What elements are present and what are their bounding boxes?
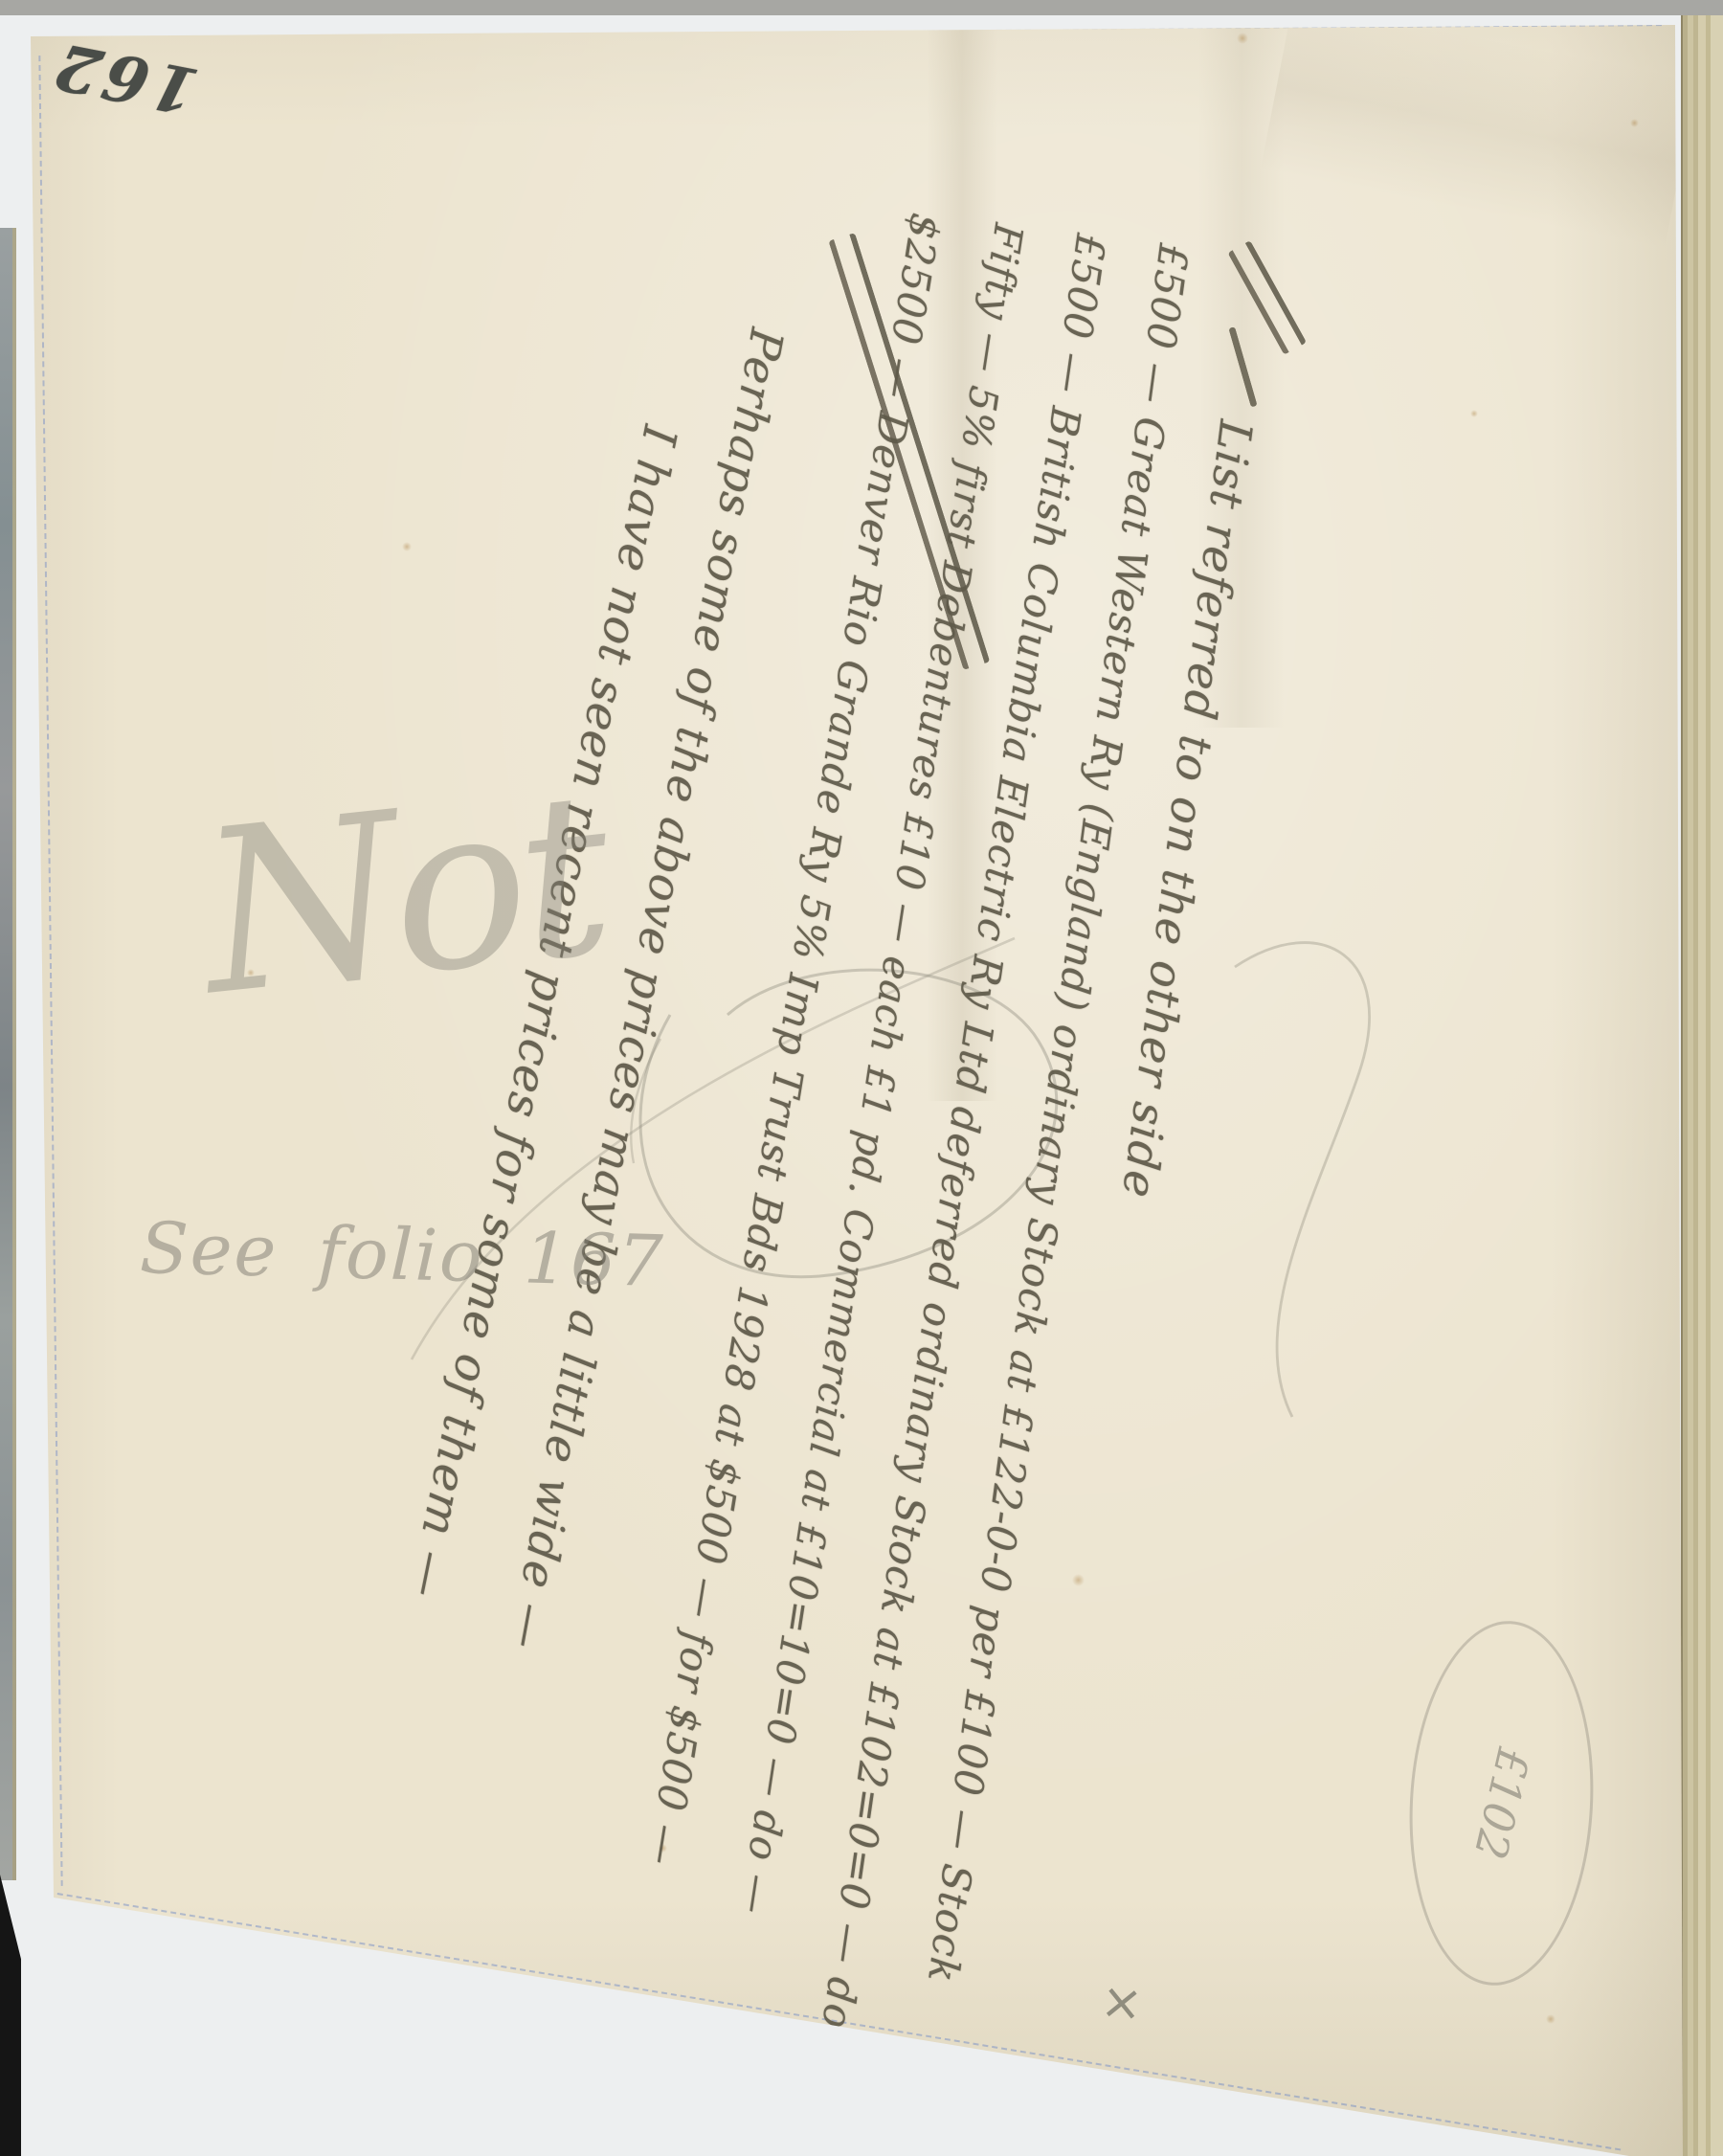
pencil-cross-mark: ×	[1098, 1972, 1146, 2033]
pencil-folio-reference: See folio 167	[139, 1207, 665, 1303]
scanner-bed-strip	[0, 0, 1723, 15]
pencil-flourish	[1235, 943, 1370, 1417]
scanned-ledger-sheet: 162 List referred to on the other side £…	[0, 0, 1723, 2156]
book-fore-edge-right	[1681, 15, 1723, 2156]
scan-black-corner	[0, 1875, 21, 2156]
pencil-oval-value: £102	[1464, 1742, 1539, 1863]
ledger-page: 162 List referred to on the other side £…	[0, 0, 1723, 2156]
book-spine-edge-left	[0, 228, 16, 1880]
pencil-not-note: Not	[190, 744, 615, 1045]
